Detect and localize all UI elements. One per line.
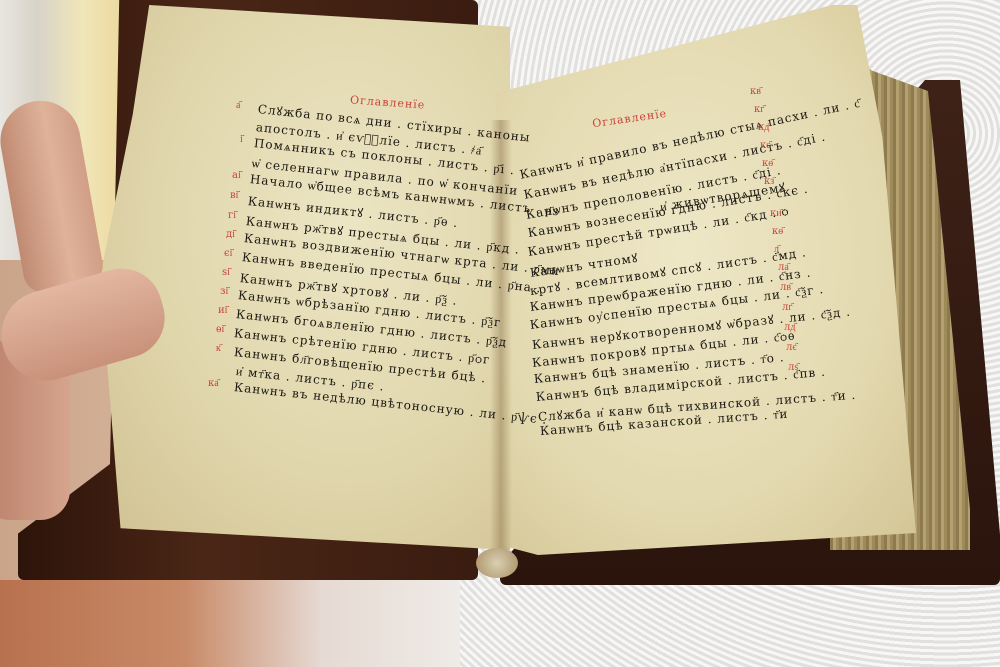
entry-number: кѳ҃ [772, 226, 783, 237]
entry-number: ка҃ [208, 378, 219, 389]
entry-number: ѕі҃ [222, 267, 230, 278]
entry-number: ки҃ [770, 208, 782, 219]
entry-number: ді҃ [226, 229, 235, 240]
entry-number: ла҃ [778, 262, 789, 273]
entry-number: кѳ҃ [762, 158, 773, 169]
finger [0, 94, 106, 295]
entry-number: лє҃ [786, 342, 797, 353]
entry-number: гі҃ [228, 210, 236, 221]
entry-number: кг҃ [754, 104, 764, 115]
entry-number: ві҃ [230, 190, 238, 201]
entry-number: лг҃ [782, 302, 792, 313]
entry-number: ѳі҃ [216, 324, 224, 335]
entry-number: єі҃ [224, 248, 232, 259]
entry-number: кз҃ [764, 176, 774, 187]
entry-number: иі҃ [218, 305, 227, 316]
background-floor [0, 580, 460, 667]
photo-scene: Оглавленїе а҃ Слꙋжба по всѧ дни . стїхир… [0, 0, 1000, 667]
entry-number: лд҃ [784, 322, 795, 333]
entry-number: і҃ [240, 134, 243, 145]
entry-number: л҃ [774, 244, 779, 255]
entry-number: кв҃ [750, 86, 761, 97]
entry-number: кє҃ [760, 140, 771, 151]
entry-number: лв҃ [780, 282, 791, 293]
entry-number: зі҃ [220, 286, 228, 297]
hand-holding-book [0, 100, 170, 520]
spine-tuft [476, 548, 518, 578]
entry-number: аі҃ [232, 170, 241, 181]
entry-number: а҃ [236, 100, 240, 111]
entry-number: к҃ [216, 343, 221, 354]
entry-number: кд҃ [758, 122, 769, 133]
entry-number: лѕ҃ [788, 362, 798, 373]
